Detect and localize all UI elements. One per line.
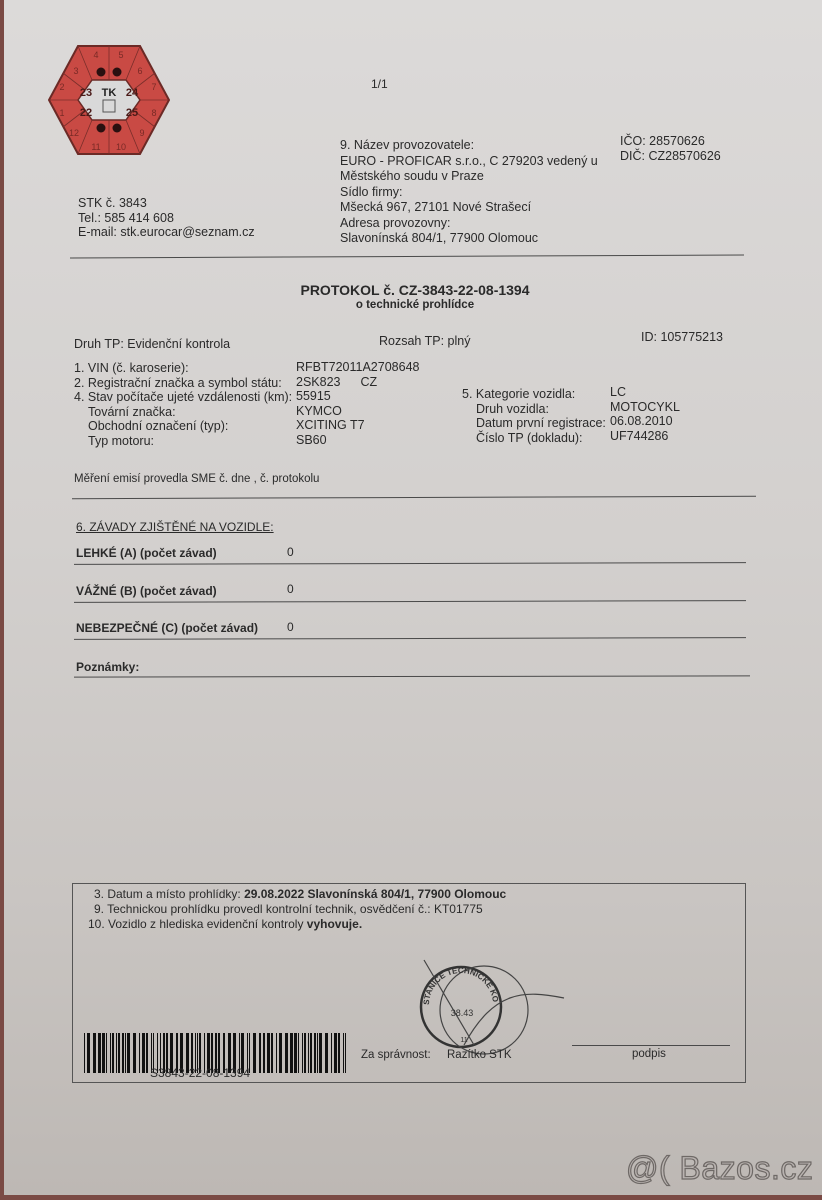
operator-line: Adresa provozovny: bbox=[340, 216, 598, 232]
svg-text:25: 25 bbox=[126, 107, 138, 119]
result-line: 10. Vozidlo z hlediska evidenční kontrol… bbox=[88, 917, 362, 932]
divider bbox=[70, 255, 744, 259]
vehicle-labels: 1. VIN (č. karoserie): 2. Registrační zn… bbox=[74, 361, 292, 448]
defects-heading: 6. ZÁVADY ZJIŠTĚNÉ NA VOZIDLE: bbox=[76, 520, 274, 534]
svg-text:STANICE TECHNICKÉ KONTROLY: STANICE TECHNICKÉ KONTROLY bbox=[404, 950, 500, 1005]
model-value: XCITING T7 bbox=[296, 418, 419, 433]
page-indicator: 1/1 bbox=[371, 77, 388, 91]
svg-text:11: 11 bbox=[91, 142, 100, 152]
category-value: LC bbox=[610, 385, 680, 400]
plate-value: 2SK823 bbox=[296, 375, 340, 389]
notes-label: Poznámky: bbox=[76, 660, 139, 674]
odometer-value: 55915 bbox=[296, 389, 419, 404]
emissions-note: Měření emisí provedla SME č. dne , č. pr… bbox=[74, 473, 319, 485]
divider bbox=[74, 600, 746, 603]
station-phone: Tel.: 585 414 608 bbox=[78, 211, 255, 226]
defect-count-serious: 0 bbox=[287, 582, 294, 596]
svg-text:12: 12 bbox=[69, 128, 79, 138]
field-label: 5. Kategorie vozidla: bbox=[462, 387, 606, 402]
first-registration-value: 06.08.2010 bbox=[610, 414, 680, 429]
svg-text:1: 1 bbox=[59, 108, 64, 118]
field-label: 4. Stav počítače ujeté vzdálenosti (km): bbox=[74, 390, 292, 405]
svg-text:23: 23 bbox=[80, 87, 92, 99]
station-email: E-mail: stk.eurocar@seznam.cz bbox=[78, 225, 255, 240]
dic-number: DIČ: CZ28570626 bbox=[620, 149, 721, 164]
defect-count-dangerous: 0 bbox=[287, 620, 294, 634]
field-label: Obchodní označení (typ): bbox=[74, 419, 292, 434]
operator-line: Slavonínská 804/1, 77900 Olomouc bbox=[340, 231, 598, 247]
stk-hexagon-logo-icon: 45 67 89 1011 121 23 2324 2225 TK bbox=[48, 44, 170, 156]
vehicle-values: RFBT72011A2708648 2SK823CZ 55915 KYMCO X… bbox=[296, 360, 419, 447]
tax-ids: IČO: 28570626 DIČ: CZ28570626 bbox=[620, 134, 721, 164]
document-page: 45 67 89 1011 121 23 2324 2225 TK 1/1 9.… bbox=[4, 0, 822, 1195]
divider bbox=[74, 637, 746, 640]
svg-text:4: 4 bbox=[93, 50, 98, 60]
divider bbox=[72, 496, 756, 499]
vehicle-values-right: LC MOTOCYKL 06.08.2010 UF744286 bbox=[610, 385, 680, 443]
bazos-watermark: @( Bazos.cz bbox=[626, 1150, 813, 1187]
svg-text:TK: TK bbox=[102, 87, 117, 99]
stamp-label: Razítko STK bbox=[447, 1049, 512, 1061]
inspection-scope: Rozsah TP: plný bbox=[379, 334, 470, 349]
operator-line: Sídlo firmy: bbox=[340, 185, 598, 201]
field-label: Číslo TP (dokladu): bbox=[462, 431, 606, 446]
inspection-type: Druh TP: Evidenční kontrola bbox=[74, 337, 230, 352]
divider bbox=[74, 562, 746, 565]
field-label: 1. VIN (č. karoserie): bbox=[74, 361, 292, 376]
field-label: Druh vozidla: bbox=[462, 402, 606, 417]
vin-value: RFBT72011A2708648 bbox=[296, 360, 419, 375]
field-label: Tovární značka: bbox=[74, 405, 292, 420]
inspection-date-value: 29.08.2022 Slavonínská 804/1, 77900 Olom… bbox=[244, 887, 506, 901]
defect-label-serious: VÁŽNÉ (B) (počet závad) bbox=[76, 584, 217, 598]
country-code: CZ bbox=[340, 375, 377, 389]
operator-info: 9. Název provozovatele: EURO - PROFICAR … bbox=[340, 138, 598, 247]
ico-number: IČO: 28570626 bbox=[620, 134, 721, 149]
stk-stamp-icon: STANICE TECHNICKÉ KONTROLY 38.43 11 bbox=[404, 950, 584, 1060]
svg-text:38.43: 38.43 bbox=[451, 1008, 474, 1018]
operator-line: Městského soudu v Praze bbox=[340, 169, 598, 185]
svg-text:5: 5 bbox=[118, 50, 123, 60]
vehicle-labels-right: 5. Kategorie vozidla: Druh vozidla: Datu… bbox=[462, 387, 606, 445]
svg-text:3: 3 bbox=[73, 66, 78, 76]
svg-text:24: 24 bbox=[126, 87, 139, 99]
signature-line bbox=[572, 1045, 730, 1046]
station-number: STK č. 3843 bbox=[78, 196, 255, 211]
svg-text:10: 10 bbox=[116, 142, 126, 152]
protocol-title: PROTOKOL č. CZ-3843-22-08-1394 bbox=[4, 282, 822, 298]
divider bbox=[74, 675, 750, 677]
technician-line: 9. Technickou prohlídku provedl kontroln… bbox=[94, 902, 483, 917]
defect-label-light: LEHKÉ (A) (počet závad) bbox=[76, 546, 217, 560]
operator-line: EURO - PROFICAR s.r.o., C 279203 vedený … bbox=[340, 154, 598, 170]
field-label: 2. Registrační značka a symbol státu: bbox=[74, 376, 292, 391]
make-value: KYMCO bbox=[296, 404, 419, 419]
protocol-id: ID: 105775213 bbox=[641, 330, 723, 345]
signature-label: podpis bbox=[632, 1048, 666, 1060]
defect-label-dangerous: NEBEZPEČNÉ (C) (počet závad) bbox=[76, 621, 258, 635]
field-label: Datum první registrace: bbox=[462, 416, 606, 431]
operator-line: 9. Název provozovatele: bbox=[340, 138, 598, 154]
svg-text:9: 9 bbox=[139, 128, 144, 138]
station-contact: STK č. 3843 Tel.: 585 414 608 E-mail: st… bbox=[78, 196, 255, 240]
za-spravnost-label: Za správnost: bbox=[361, 1049, 431, 1061]
protocol-subtitle: o technické prohlídce bbox=[4, 299, 822, 311]
inspection-date-place: 3. Datum a místo prohlídky: 29.08.2022 S… bbox=[94, 887, 506, 902]
svg-text:8: 8 bbox=[151, 108, 156, 118]
tp-number-value: UF744286 bbox=[610, 429, 680, 444]
svg-text:2: 2 bbox=[59, 82, 64, 92]
svg-text:6: 6 bbox=[137, 66, 142, 76]
svg-text:7: 7 bbox=[151, 82, 156, 92]
result-value: vyhovuje. bbox=[307, 917, 362, 931]
engine-value: SB60 bbox=[296, 433, 419, 448]
svg-text:22: 22 bbox=[80, 107, 92, 119]
svg-text:11: 11 bbox=[460, 1037, 467, 1044]
vehicle-type-value: MOTOCYKL bbox=[610, 400, 680, 415]
operator-line: Mšecká 967, 27101 Nové Strašecí bbox=[340, 200, 598, 216]
defect-count-light: 0 bbox=[287, 545, 294, 559]
barcode-text: S3843-22-08-1394 bbox=[150, 1066, 250, 1080]
field-label: Typ motoru: bbox=[74, 434, 292, 449]
